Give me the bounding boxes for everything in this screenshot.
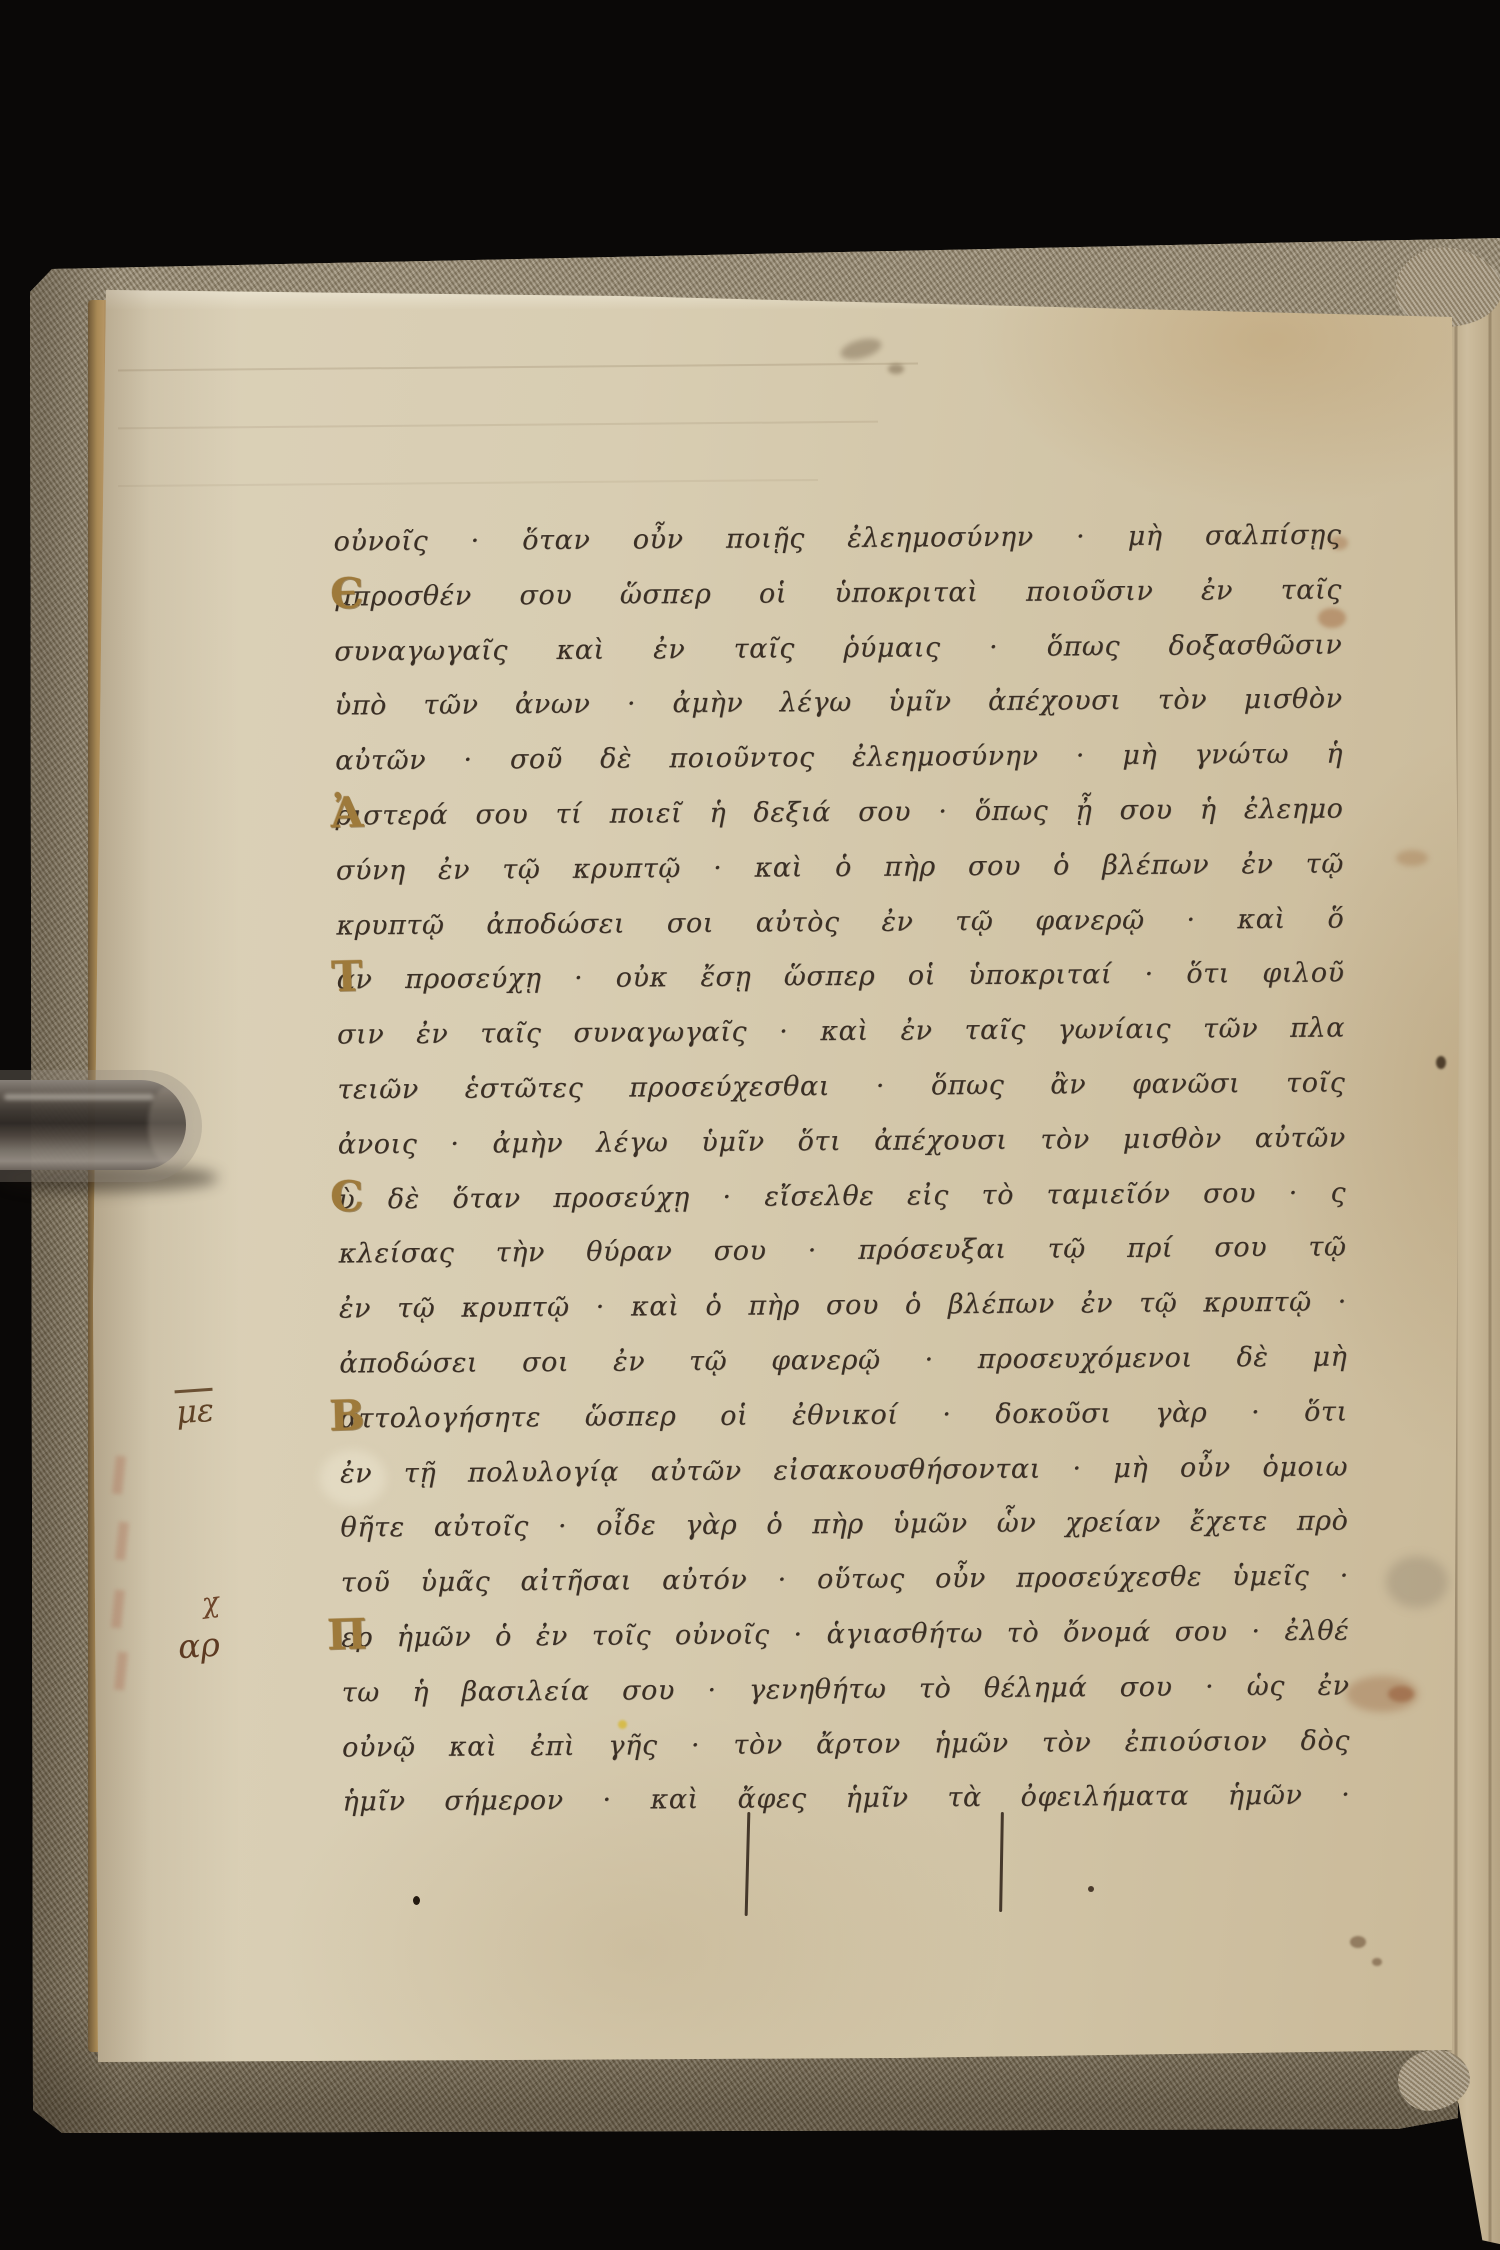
manuscript-text-line: ἐν τῇ πολυλογίᾳ αὐτῶν εἰσακουσθήσονται ·… [340,1440,1348,1502]
manuscript-text-line: σιν ἐν ταῖς συναγωγαῖς · καὶ ἐν ταῖς γων… [337,1002,1345,1064]
dark-speck [1436,1056,1446,1069]
manuscript-text-line: κλείσας τὴν θύραν σου · πρόσευξαι τῷ πρί… [338,1221,1346,1283]
ink-smudge [888,364,904,374]
manuscript-text-line: ἀποδώσει σοι ἐν τῷ φανερῷ · προσευχόμενο… [339,1330,1347,1392]
illuminated-initial: Τ [323,955,370,1000]
margin-section-number: με [175,1391,216,1432]
phi-descender [999,1812,1004,1912]
manuscript-text-line: ερ ἡμῶν ὁ ἐν τοῖς οὐνοῖς · ἁγιασθήτω τὸ … [341,1604,1349,1666]
ruling-line [118,421,878,430]
ink-dot [1088,1886,1094,1892]
illuminated-initial: Π [323,1612,370,1657]
manuscript-text-line: ὰν προσεύχῃ · οὐκ ἔσῃ ὥσπερ οἱ ὑποκριταί… [336,947,1344,1009]
ruling-line [118,479,818,487]
manuscript-text-line: ἡμῖν σήμερον · καὶ ἄφες ἡμῖν τὰ ὀφειλήμα… [342,1769,1350,1831]
illuminated-initial: Є [323,571,370,616]
ink-smudge [838,335,883,363]
speck [1350,1936,1366,1948]
gutter-offset-mark [115,1522,129,1561]
rod-highlight [4,1094,154,1100]
manuscript-text-line: μπροσθέν σου ὥσπερ οἱ ὑποκριταὶ ποιοῦσιν… [334,563,1342,625]
illuminated-initial: Β [323,1393,370,1438]
manuscript-text-line: ὺ δὲ ὅταν προσεύχῃ · εἴσελθε εἰς τὸ ταμι… [338,1166,1346,1228]
manuscript-text-line: κρυπτῷ ἀποδώσει σοι αὐτὸς ἐν τῷ φανερῷ ·… [336,892,1344,954]
margin-lection-note-ar: αρ [177,1625,221,1667]
manuscript-text-line: ὑπὸ τῶν ἀνων · ἀμὴν λέγω ὑμῖν ἀπέχουσι τ… [335,673,1343,735]
illuminated-initial: С [323,1174,370,1219]
manuscript-text-line: ἐν τῷ κρυπτῷ · καὶ ὁ πὴρ σου ὁ βλέπων ἐν… [339,1276,1347,1338]
ghost-bleedthrough [1386,1556,1448,1608]
manuscript-text-line: τειῶν ἑστῶτες προσεύχεσθαι · ὅπως ἂν φαν… [337,1056,1345,1118]
illuminated-initial: Ἀ [323,790,370,835]
manuscript-text-line: ἀνοις · ἀμὴν λέγω ὑμῖν ὅτι ἀπέχουσι τὸν … [338,1111,1346,1173]
manuscript-text-line: θῆτε αὐτοῖς · οἶδε γὰρ ὁ πὴρ ὑμῶν ὧν χρε… [340,1495,1348,1557]
ruling-line [118,363,918,372]
manuscript-text-line: τω ἡ βασιλεία σου · γενηθήτω τὸ θέλημά σ… [341,1659,1349,1721]
wormhole [413,1896,420,1905]
manuscript-text-line: ριστερά σου τί ποιεῖ ἡ δεξιά σου · ὅπως … [335,782,1343,844]
gutter-offset-mark [111,1590,125,1629]
manuscript-text-line: συναγωγαῖς καὶ ἐν ταῖς ῥύμαις · ὅπως δοξ… [334,618,1342,680]
manuscript-text-line: οὐνῷ καὶ ἐπὶ γῆς · τὸν ἄρτον ἡμῶν τὸν ἐπ… [342,1714,1350,1776]
gutter-offset-mark [114,1652,128,1691]
rust-stain [1396,850,1428,866]
manuscript-text-line: αττολογήσητε ὥσπερ οἱ ἐθνικοί · δοκοῦσι … [340,1385,1348,1447]
manuscript-text-line: αὐτῶν · σοῦ δὲ ποιοῦντος ἐλεημοσύνην · μ… [335,728,1343,790]
rod-tip-sheen [148,1086,190,1164]
manuscript-text-line: οὐνοῖς · ὅταν οὖν ποιῇς ἐλεημοσύνην · μὴ… [333,508,1341,570]
manuscript-text-line: τοῦ ὑμᾶς αἰτῆσαι αὐτόν · οὕτως οὖν προσε… [341,1550,1349,1612]
manuscript-text-line: σύνη ἐν τῷ κρυπτῷ · καὶ ὁ πὴρ σου ὁ βλέπ… [336,837,1344,899]
photograph-of-manuscript: οὐνοῖς · ὅταν οὖν ποιῇς ἐλεημοσύνην · μὴ… [0,0,1500,2250]
rust-blob [1388,1686,1414,1702]
text-block: οὐνοῖς · ὅταν οὖν ποιῇς ἐλεημοσύνην · μὴ… [333,508,1350,1830]
speck [1372,1958,1382,1966]
gutter-offset-mark [112,1456,126,1495]
